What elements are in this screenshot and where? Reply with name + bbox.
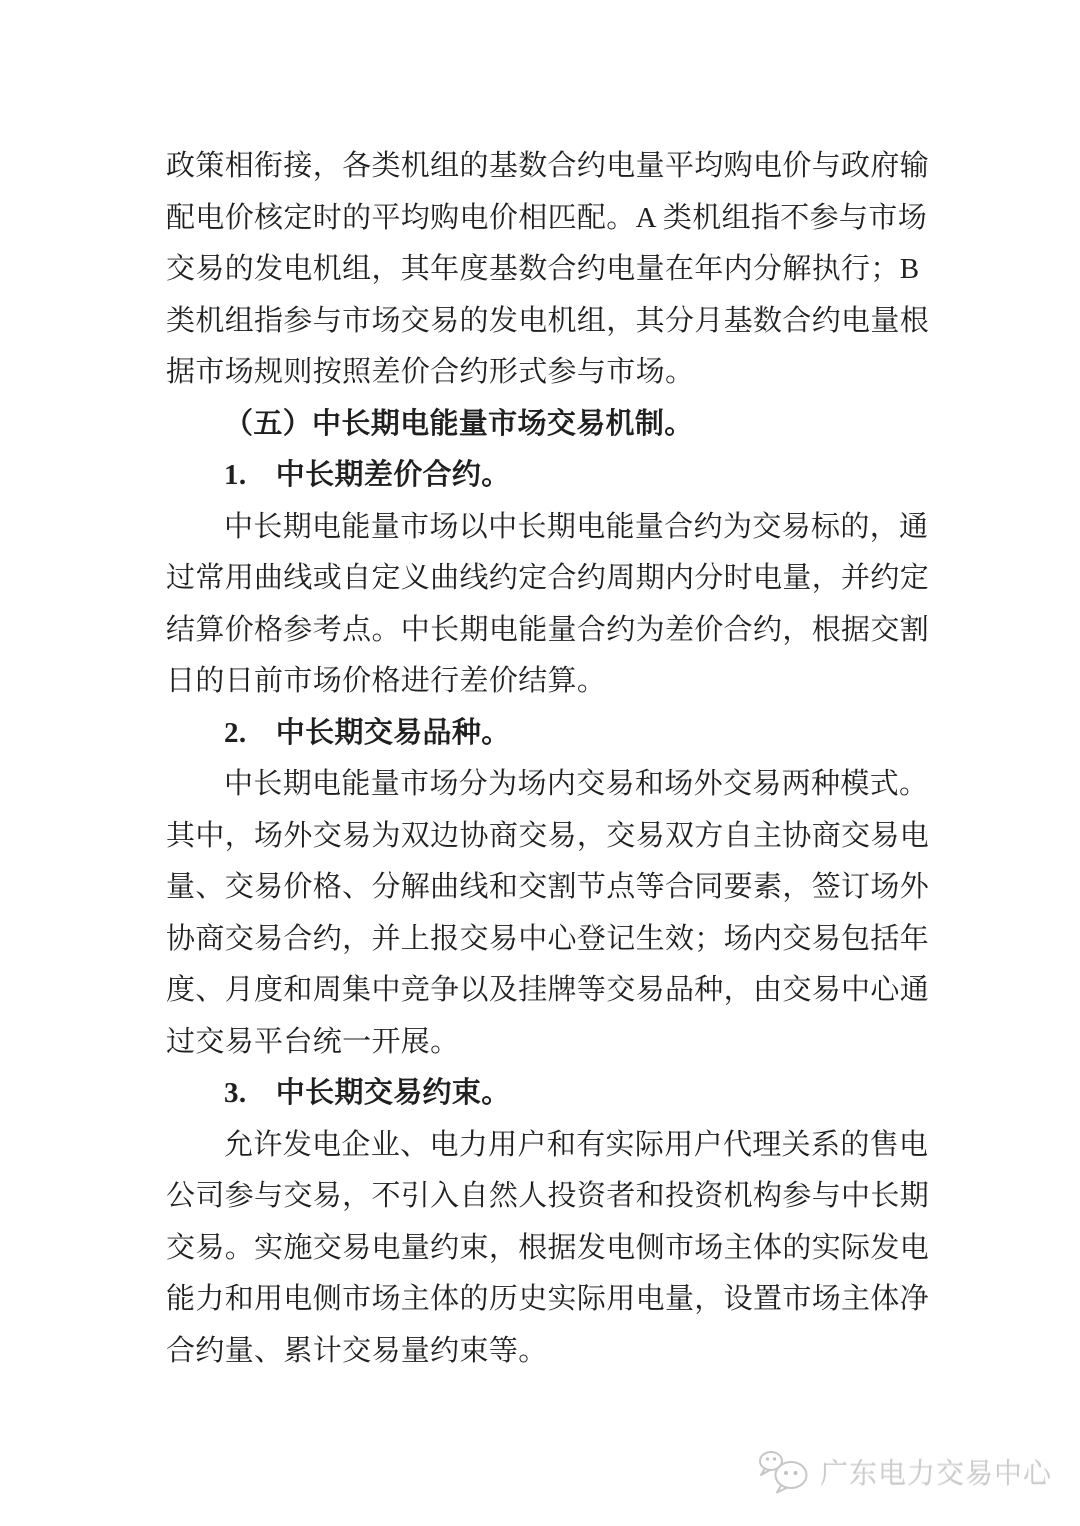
text-line: 量、交易价格、分解曲线和交割节点等合同要素，签订场外 (166, 862, 930, 914)
text-line: 中长期电能量市场以中长期电能量合约为交易标的，通 (166, 502, 930, 554)
numbered-heading-3: 3. 中长期交易约束。 (166, 1068, 930, 1120)
text-line: 合约量、累计交易量约束等。 (166, 1326, 930, 1378)
numbered-heading-2: 2. 中长期交易品种。 (166, 708, 930, 760)
text-line: 能力和用电侧市场主体的历史实际用电量，设置市场主体净 (166, 1274, 930, 1326)
numbered-heading-1: 1. 中长期差价合约。 (166, 450, 930, 502)
text-line: 中长期电能量市场分为场内交易和场外交易两种模式。 (166, 759, 930, 811)
text-line: 政策相衔接，各类机组的基数合约电量平均购电价与政府输 (166, 141, 930, 193)
text-line: 交易。实施交易电量约束，根据发电侧市场主体的实际发电 (166, 1223, 930, 1275)
text-line: 据市场规则按照差价合约形式参与市场。 (166, 347, 930, 399)
text-line: 配电价核定时的平均购电价相匹配。A 类机组指不参与市场 (166, 193, 930, 245)
watermark-source-text: 广东电力交易中心 (820, 1452, 1052, 1492)
text-line: 允许发电企业、电力用户和有实际用户代理关系的售电 (166, 1120, 930, 1172)
text-line: 过交易平台统一开展。 (166, 1017, 930, 1069)
text-line: 公司参与交易，不引入自然人投资者和投资机构参与中长期 (166, 1171, 930, 1223)
wechat-logo-icon (756, 1448, 812, 1496)
section-heading-5: （五）中长期电能量市场交易机制。 (166, 399, 930, 451)
text-line: 其中，场外交易为双边协商交易，交易双方自主协商交易电 (166, 811, 930, 863)
text-line: 类机组指参与市场交易的发电机组，其分月基数合约电量根 (166, 296, 930, 348)
watermark-footer: 广东电力交易中心 (756, 1447, 1052, 1497)
text-line: 结算价格参考点。中长期电能量合约为差价合约，根据交割 (166, 605, 930, 657)
document-body: 政策相衔接，各类机组的基数合约电量平均购电价与政府输 配电价核定时的平均购电价相… (166, 141, 930, 1377)
text-line: 过常用曲线或自定义曲线约定合约周期内分时电量，并约定 (166, 553, 930, 605)
document-page: 政策相衔接，各类机组的基数合约电量平均购电价与政府输 配电价核定时的平均购电价相… (0, 0, 1080, 1526)
text-line: 交易的发电机组，其年度基数合约电量在年内分解执行；B (166, 244, 930, 296)
text-line: 协商交易合约，并上报交易中心登记生效；场内交易包括年 (166, 914, 930, 966)
text-line: 度、月度和周集中竞争以及挂牌等交易品种，由交易中心通 (166, 965, 930, 1017)
text-line: 日的日前市场价格进行差价结算。 (166, 656, 930, 708)
